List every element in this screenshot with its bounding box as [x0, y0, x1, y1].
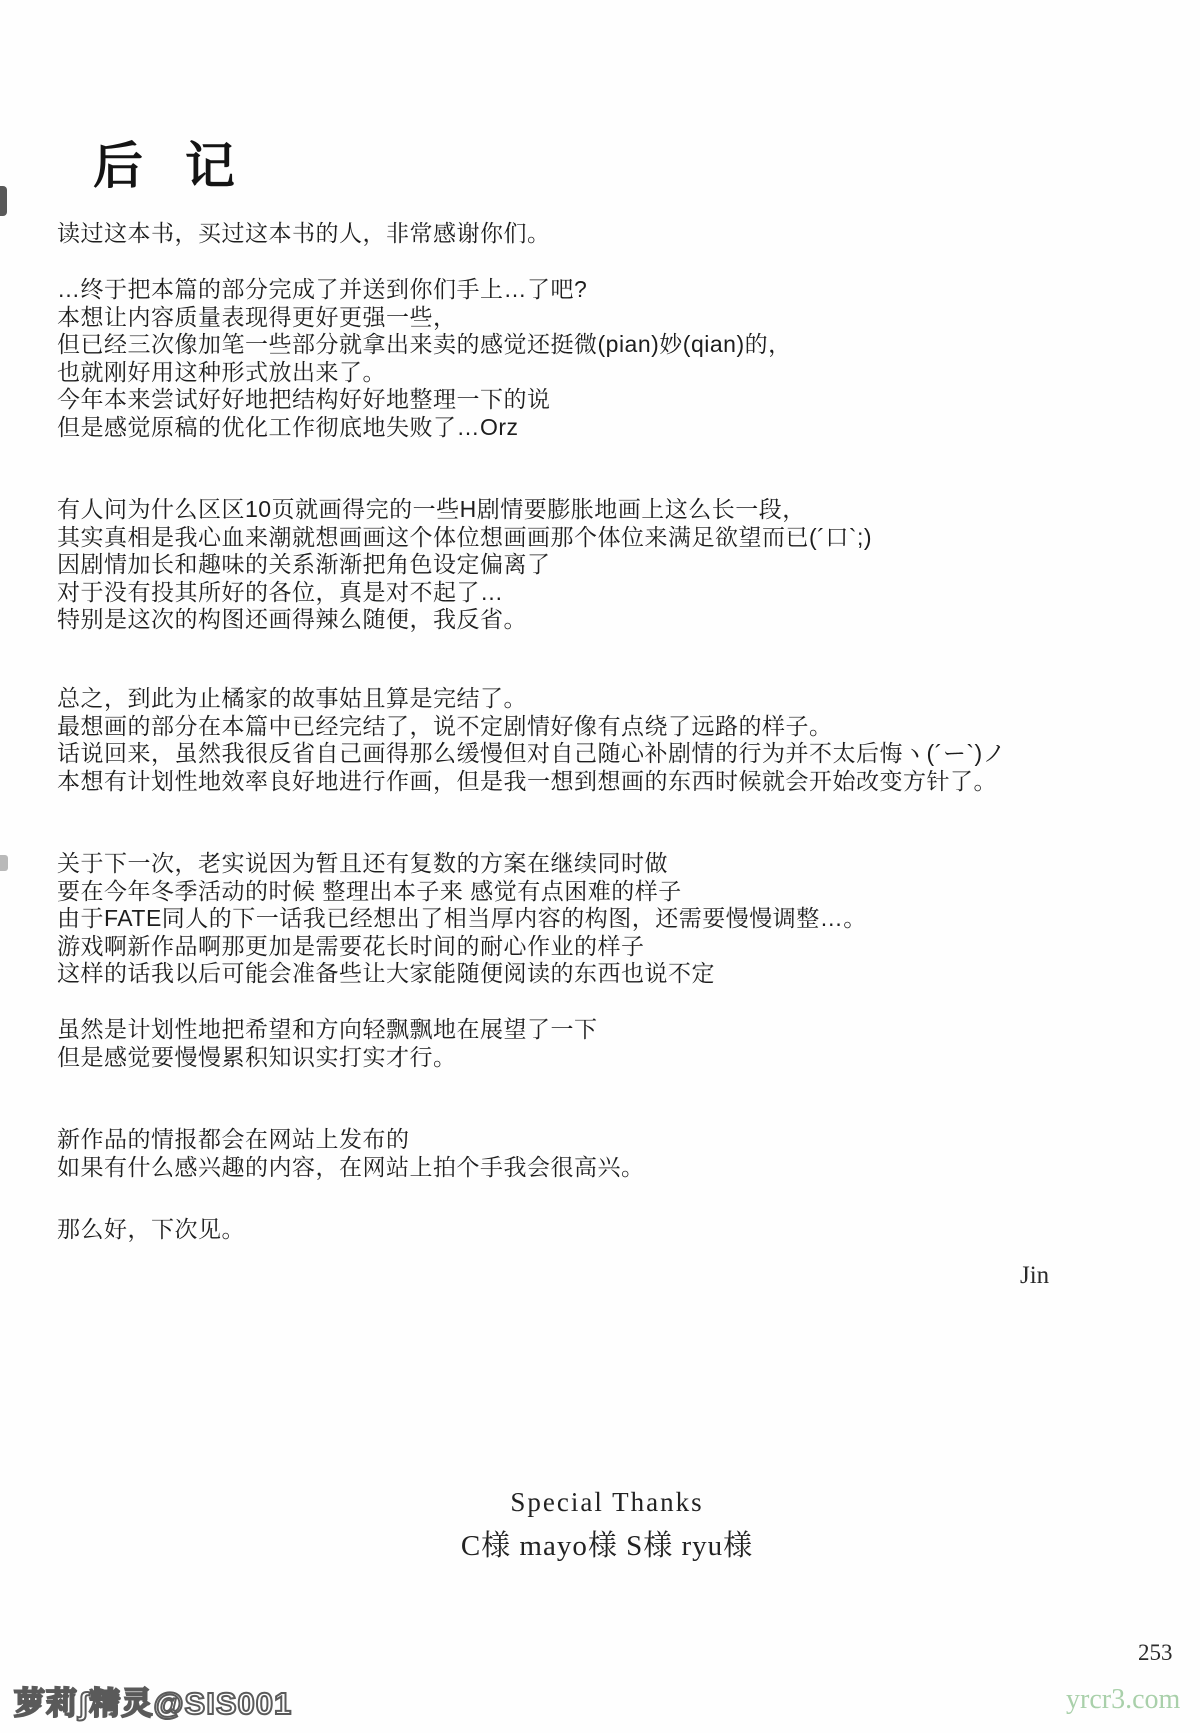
- watermark-left: 萝莉ʃ精灵@SIS001: [14, 1678, 292, 1723]
- afterword-page: 后 记 读过这本书，买过这本书的人，非常感谢你们。 …终于把本篇的部分完成了并送…: [0, 0, 1200, 1733]
- page-title: 后 记: [93, 126, 249, 198]
- special-thanks-heading: Special Thanks: [14, 1487, 1200, 1518]
- author-signature: Jin: [1020, 1262, 1049, 1290]
- afterword-paragraph-5: 关于下一次，老实说因为暂且还有复数的方案在继续同时做 要在今年冬季活动的时候 整…: [57, 850, 1170, 988]
- afterword-paragraph-6: 虽然是计划性地把希望和方向轻飘飘地在展望了一下 但是感觉要慢慢累积知识实打实才行…: [57, 1016, 1170, 1071]
- watermark-right: yrcr3.com: [1066, 1684, 1180, 1716]
- afterword-paragraph-1: 读过这本书，买过这本书的人，非常感谢你们。: [57, 220, 1170, 248]
- afterword-paragraph-8: 那么好，下次见。: [57, 1216, 1170, 1244]
- scan-artifact: [0, 855, 8, 871]
- afterword-paragraph-4: 总之，到此为止橘家的故事姑且算是完结了。 最想画的部分在本篇中已经完结了，说不定…: [57, 685, 1170, 795]
- scan-artifact: [0, 186, 7, 216]
- page-number: 253: [1138, 1640, 1173, 1666]
- special-thanks-block: Special Thanks C様 mayo様 S様 ryu様: [0, 1487, 1200, 1564]
- afterword-paragraph-3: 有人问为什么区区10页就画得完的一些H剧情要膨胀地画上这么长一段， 其实真相是我…: [57, 496, 1170, 634]
- special-thanks-names: C様 mayo様 S様 ryu様: [14, 1523, 1200, 1564]
- afterword-paragraph-7: 新作品的情报都会在网站上发布的 如果有什么感兴趣的内容，在网站上拍个手我会很高兴…: [57, 1126, 1170, 1181]
- afterword-paragraph-2: …终于把本篇的部分完成了并送到你们手上…了吧? 本想让内容质量表现得更好更强一些…: [57, 276, 1170, 441]
